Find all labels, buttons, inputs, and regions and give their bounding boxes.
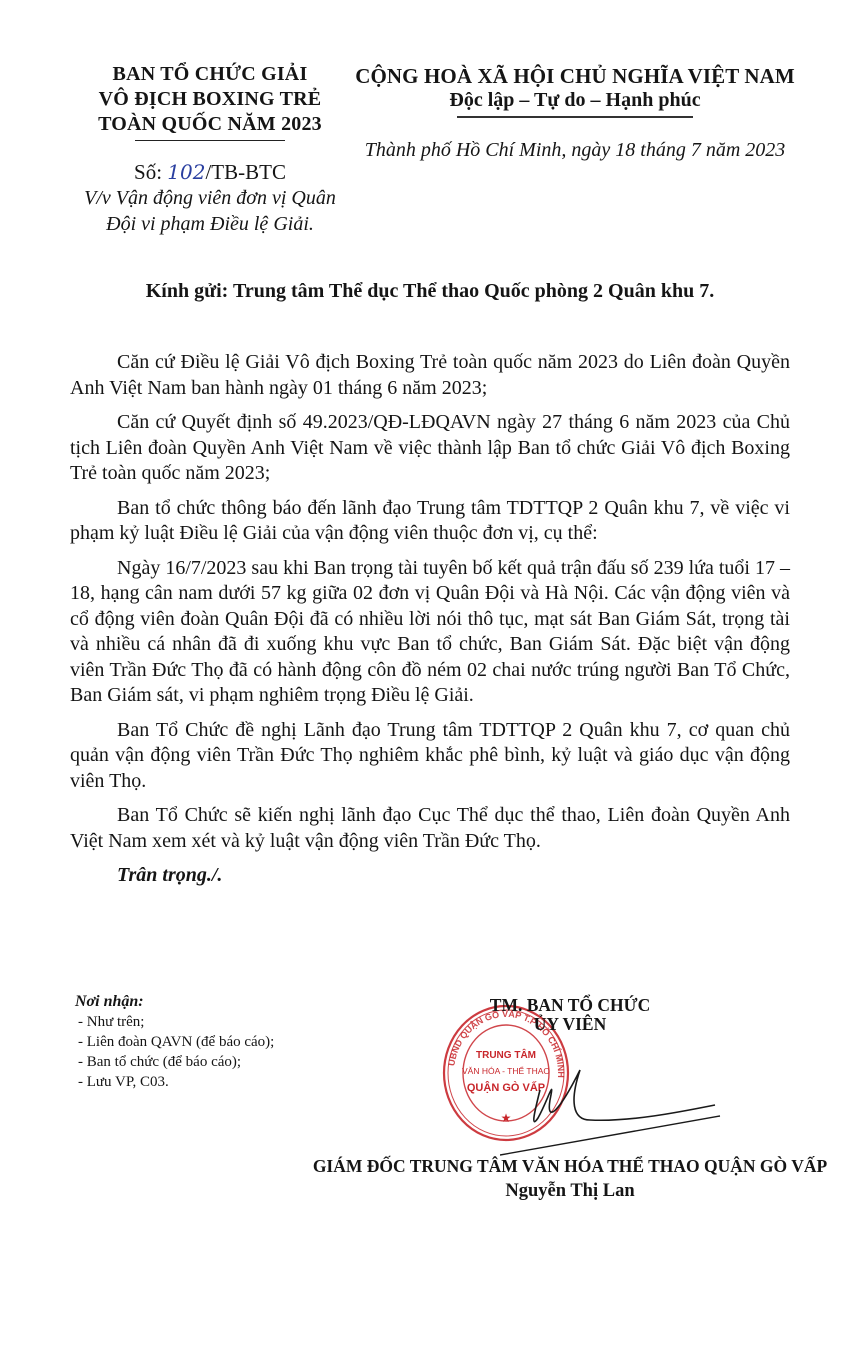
signature-block-title: TM. BAN TỔ CHỨC ỦY VIÊN [440, 996, 700, 1034]
letter-body: Căn cứ Điều lệ Giải Vô địch Boxing Trẻ t… [70, 350, 790, 898]
signer-name: Nguyễn Thị Lan [280, 1181, 860, 1202]
issuer-line: TOÀN QUỐC NĂM 2023 [60, 112, 360, 137]
national-header: CỘNG HOÀ XÃ HỘI CHỦ NGHĨA VIỆT NAM Độc l… [350, 64, 800, 162]
body-paragraph: Căn cứ Quyết định số 49.2023/QĐ-LĐQAVN n… [70, 410, 790, 487]
body-paragraph: Ban tổ chức thông báo đến lãnh đạo Trung… [70, 496, 790, 547]
issuer-line: BAN TỔ CHỨC GIẢI [60, 62, 360, 87]
subject-line: Đội vi phạm Điều lệ Giải. [60, 211, 360, 237]
motto: Độc lập – Tự do – Hạnh phúc [350, 88, 800, 112]
recipient-item: - Như trên; [75, 1012, 274, 1032]
on-behalf: TM. BAN TỔ CHỨC [440, 996, 700, 1015]
number-prefix: Số: [134, 160, 167, 184]
place-date: Thành phố Hồ Chí Minh, ngày 18 tháng 7 n… [350, 138, 800, 162]
nation-title: CỘNG HOÀ XÃ HỘI CHỦ NGHĨA VIỆT NAM [350, 64, 800, 88]
document-number: Số: 102/TB-BTC [60, 159, 360, 185]
addressee: Kính gửi: Trung tâm Thể dục Thể thao Quố… [0, 280, 860, 303]
signer-role: ỦY VIÊN [440, 1015, 700, 1034]
recipients-title: Nơi nhận: [75, 992, 274, 1012]
issuer-block: BAN TỔ CHỨC GIẢI VÔ ĐỊCH BOXING TRẺ TOÀN… [60, 62, 360, 237]
signer-title: GIÁM ĐỐC TRUNG TÂM VĂN HÓA THỂ THAO QUẬN… [280, 1156, 860, 1177]
recipient-item: - Ban tổ chức (để báo cáo); [75, 1052, 274, 1072]
handwritten-signature-icon [500, 1050, 730, 1160]
recipient-item: - Lưu VP, C03. [75, 1072, 274, 1092]
closing: Trân trọng./. [70, 863, 790, 889]
number-handwritten: 102 [167, 160, 205, 184]
recipients-list: Nơi nhận: - Như trên; - Liên đoàn QAVN (… [75, 992, 274, 1092]
motto-underline [457, 116, 693, 118]
issuer-underline [135, 140, 285, 141]
issuer-line: VÔ ĐỊCH BOXING TRẺ [60, 87, 360, 112]
body-paragraph: Ban Tổ Chức sẽ kiến nghị lãnh đạo Cục Th… [70, 803, 790, 854]
body-paragraph: Ngày 16/7/2023 sau khi Ban trọng tài tuy… [70, 556, 790, 709]
subject-line: V/v Vận động viên đơn vị Quân [60, 185, 360, 211]
number-suffix: /TB-BTC [205, 160, 286, 184]
body-paragraph: Ban Tổ Chức đề nghị Lãnh đạo Trung tâm T… [70, 718, 790, 795]
recipient-item: - Liên đoàn QAVN (để báo cáo); [75, 1032, 274, 1052]
body-paragraph: Căn cứ Điều lệ Giải Vô địch Boxing Trẻ t… [70, 350, 790, 401]
